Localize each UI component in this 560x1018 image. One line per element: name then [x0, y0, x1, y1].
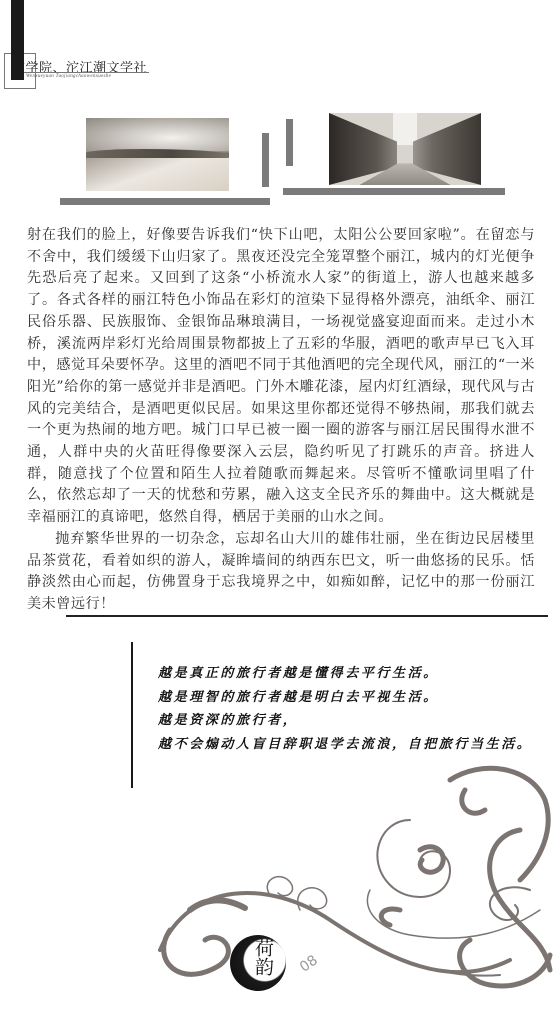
- masthead-underline: [24, 72, 149, 73]
- quote-rule: [131, 642, 133, 788]
- quote-line: 越是真正的旅行者越是懂得去平行生活。: [158, 662, 532, 686]
- floral-swirl-ornament: [150, 760, 560, 1018]
- street-photo: [329, 113, 481, 185]
- quote-line: 越是理智的旅行者越是明白去平视生活。: [158, 686, 532, 710]
- quote-block: 越是真正的旅行者越是懂得去平行生活。 越是理智的旅行者越是明白去平视生活。 越是…: [158, 662, 532, 756]
- decor-bar-right-vertical: [286, 119, 293, 166]
- decor-bar-right-bottom: [283, 188, 505, 195]
- decor-bar-mid-vertical: [262, 133, 269, 187]
- photo-sky: [393, 113, 417, 145]
- article-body: 射在我们的脸上，好像要告诉我们“快下山吧，太阳公公要回家啦”。在留恋与不舍中，我…: [27, 225, 535, 616]
- quote-line: 越不会煽动人盲目辞职退学去流浪，自把旅行当生活。: [158, 733, 532, 757]
- decor-bar-left-bottom: [60, 198, 270, 205]
- photo-field: [86, 158, 229, 191]
- quote-line: 越是资深的旅行者，: [158, 709, 532, 733]
- landscape-photo: [86, 118, 229, 191]
- section-divider: [66, 615, 548, 617]
- article-paragraph-1: 射在我们的脸上，好像要告诉我们“快下山吧，太阳公公要回家啦”。在留恋与不舍中，我…: [27, 225, 535, 529]
- photo-sky: [86, 118, 229, 151]
- masthead-pinyin: Wenxueyuan Tuojiangchaowenxueshe: [26, 74, 111, 79]
- article-paragraph-2: 抛弃繁华世界的一切杂念，忘却名山大川的雄伟壮丽，坐在街边民居楼里品茶赏花，看着如…: [27, 529, 535, 616]
- section-title: 荷韵: [252, 938, 274, 976]
